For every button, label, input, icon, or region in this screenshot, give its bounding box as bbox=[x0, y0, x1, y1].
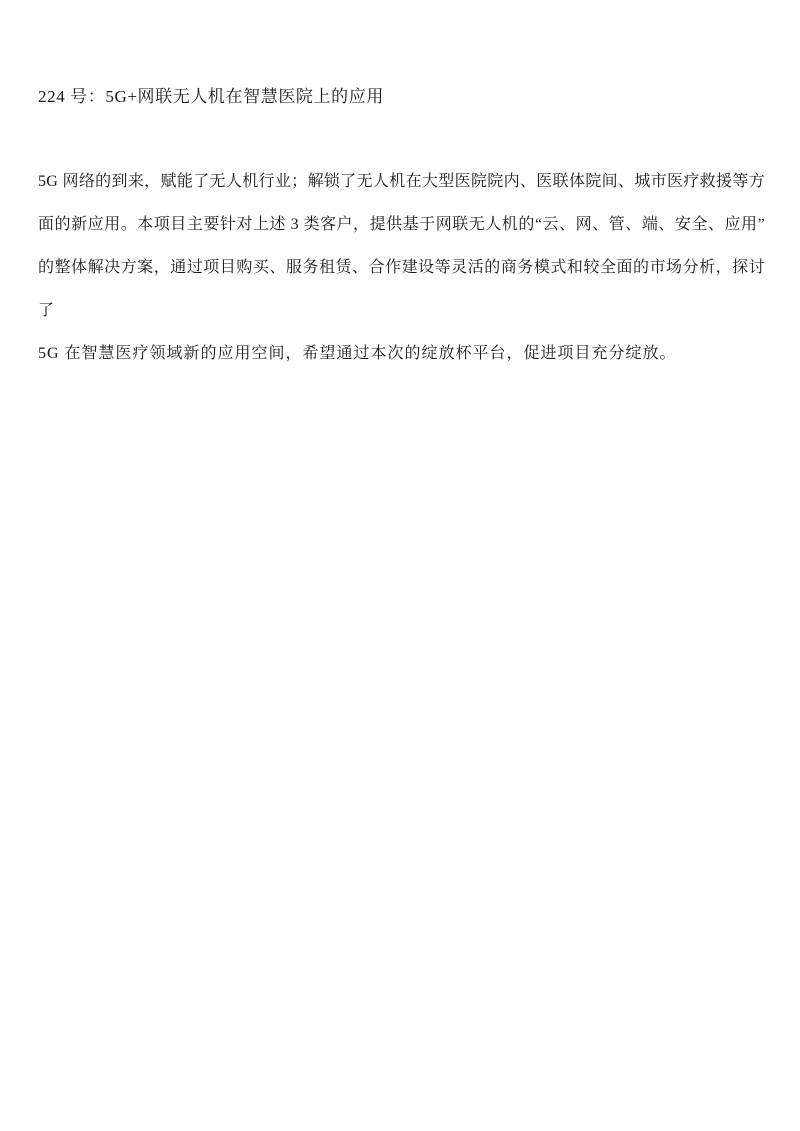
abstract-paragraph: 5G 网络的到来，赋能了无人机行业；解锁了无人机在大型医院院内、医联体院间、城市… bbox=[38, 160, 765, 375]
document-title: 224 号：5G+网联无人机在智慧医院上的应用 bbox=[38, 86, 765, 108]
paragraph-line: 5G 在智慧医疗领域新的应用空间，希望通过本次的绽放杯平台，促进项目充分绽放。 bbox=[38, 332, 765, 375]
paragraph-line: 面的新应用。本项目主要针对上述 3 类客户，提供基于网联无人机的“云、网、管、端… bbox=[38, 203, 765, 246]
document-page: 224 号：5G+网联无人机在智慧医院上的应用 5G 网络的到来，赋能了无人机行… bbox=[0, 0, 800, 1131]
paragraph-line: 5G 网络的到来，赋能了无人机行业；解锁了无人机在大型医院院内、医联体院间、城市… bbox=[38, 160, 765, 203]
paragraph-line: 的整体解决方案，通过项目购买、服务租赁、合作建设等灵活的商务模式和较全面的市场分… bbox=[38, 246, 765, 332]
